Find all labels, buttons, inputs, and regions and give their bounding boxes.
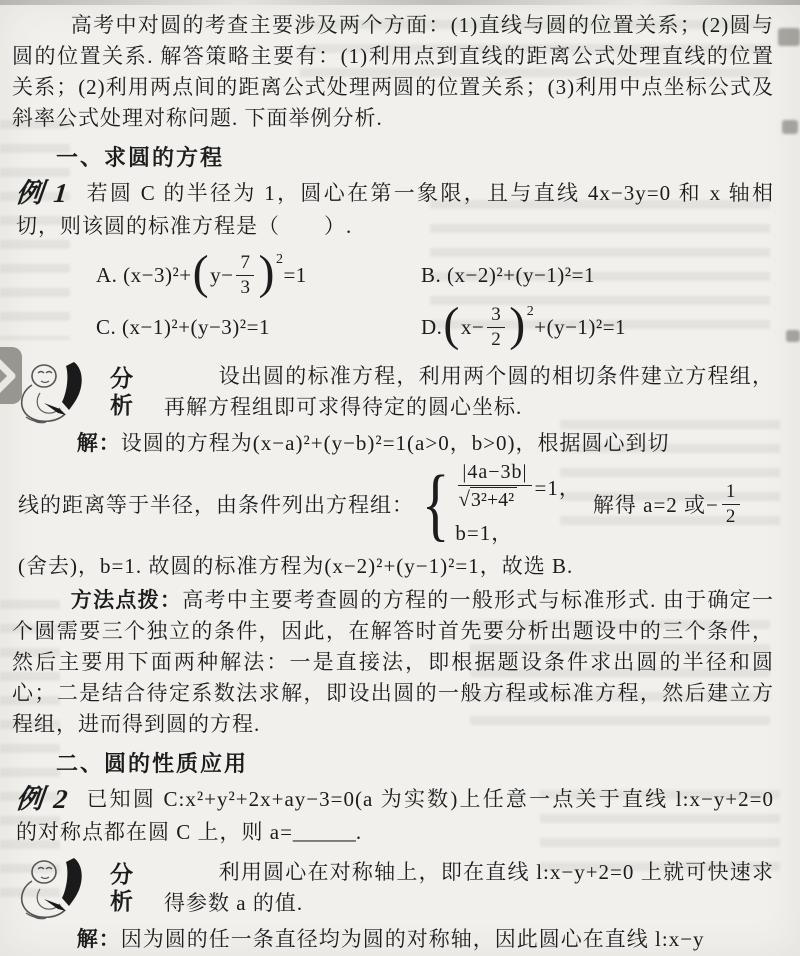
method-tip-paragraph: 方法点拨：高考中主要考查圆的方程的一般形式与标准形式. 由于确定一个圆需要三个独…: [12, 585, 774, 740]
system-result: 解得 a=2 或− 1 2: [593, 481, 744, 528]
option-d-post: +(y−1)²=1: [534, 315, 626, 340]
textbook-page: 高考中对圆的考查主要涉及两个方面：(1)直线与圆的位置关系；(2)圆与圆的位置关…: [0, 0, 800, 956]
option-a-inner: y−: [210, 263, 233, 288]
scholar-icon: [14, 359, 110, 425]
exponent: 2: [276, 252, 284, 268]
equation-1-rhs: =1，: [535, 472, 581, 502]
section2-heading: 二、圆的性质应用: [56, 747, 774, 778]
example1-question: 例 1若圆 C 的半径为 1，圆心在第一象限，且与直线 4x−3y=0 和 x …: [16, 177, 774, 243]
method-tip-label: 方法点拨：: [71, 589, 182, 612]
example2-label: 例 2: [14, 783, 71, 816]
option-a-post: =1: [283, 263, 306, 288]
intro-paragraph: 高考中对圆的考查主要涉及两个方面：(1)直线与圆的位置关系；(2)圆与圆的位置关…: [12, 10, 774, 134]
analysis-label: 分 析: [110, 365, 133, 419]
example1-label: 例 1: [14, 177, 71, 210]
analysis-label: 分 析: [110, 861, 133, 915]
right-paren: ): [258, 249, 274, 297]
analysis2-text: 利用圆心在对称轴上，即在直线 l:x−y+2=0 上就可快速求得参数 a 的值.: [164, 857, 774, 919]
solution-label: 解：: [77, 928, 121, 951]
page-edge-marker: [0, 347, 22, 404]
option-a: A. (x−3)²+ ( y− 7 3 ) 2 =1: [96, 249, 421, 301]
option-d: D. ( x− 3 2 ) 2 +(y−1)²=1: [421, 301, 774, 353]
fraction-1-2: 1 2: [722, 481, 741, 528]
solution1-equation-system: 线的距离等于半径，由条件列出方程组： { |4a−3b| √3²+4² =1， …: [18, 459, 774, 549]
analysis-header: 分 析: [14, 359, 164, 425]
section1-heading: 一、求圆的方程: [56, 141, 774, 172]
distance-fraction: |4a−3b| √3²+4²: [458, 461, 531, 512]
scholar-icon: [14, 855, 110, 921]
example2-question-text: 已知圆 C:x²+y²+2x+ay−3=0(a 为实数)上任意一点关于直线 l:…: [16, 787, 774, 844]
option-d-pre: D.: [421, 315, 442, 340]
denominator: √3²+4²: [458, 486, 531, 512]
solution1-line3: (舍去)，b=1. 故圆的标准方程为(x−2)²+(y−1)²=1，故选 B.: [18, 551, 774, 582]
equation-stack: |4a−3b| √3²+4² =1， b=1，: [455, 461, 581, 547]
analysis-header: 分 析: [14, 855, 164, 921]
analysis-block-2: 分 析 利用圆心在对称轴上，即在直线 l:x−y+2=0 上就可快速求得参数 a…: [14, 855, 774, 921]
fraction-3-2: 3 2: [487, 304, 505, 351]
left-paren: (: [193, 249, 209, 297]
left-paren: (: [443, 301, 459, 349]
solution1-line1: 解：设圆的方程为(x−a)²+(y−b)²=1(a>0，b>0)，根据圆心到切: [18, 428, 774, 459]
option-d-inner: x−: [461, 315, 484, 340]
system-lead-text: 线的距离等于半径，由条件列出方程组：: [18, 489, 414, 519]
option-c: C. (x−1)²+(y−3)²=1: [96, 301, 421, 353]
equation-1: |4a−3b| √3²+4² =1，: [455, 461, 581, 512]
solution-label: 解：: [77, 432, 121, 455]
answer-blank: ______: [293, 820, 356, 844]
example1-question-text: 若圆 C 的半径为 1，圆心在第一象限，且与直线 4x−3y=0 和 x 轴相切…: [16, 181, 774, 238]
system-brace: {: [422, 469, 450, 539]
sqrt-symbol: √: [458, 487, 470, 511]
example1-options: A. (x−3)²+ ( y− 7 3 ) 2 =1 B. (x−2)²+(y−…: [96, 249, 774, 353]
example2-question: 例 2已知圆 C:x²+y²+2x+ay−3=0(a 为实数)上任意一点关于直线…: [16, 783, 774, 849]
option-b: B. (x−2)²+(y−1)²=1: [421, 249, 774, 301]
option-a-pre: A. (x−3)²+: [96, 263, 192, 288]
analysis1-text: 设出圆的标准方程，利用两个圆的相切条件建立方程组，再解方程组即可求得待定的圆心坐…: [164, 361, 774, 423]
equation-2: b=1，: [455, 517, 581, 547]
chevron-right-icon: [0, 359, 16, 393]
right-paren: ): [509, 301, 525, 349]
solution2-line: 解：因为圆的任一条直径均为圆的对称轴，因此圆心在直线 l:x−y: [18, 924, 774, 955]
fraction-7-3: 7 3: [236, 252, 254, 299]
analysis-block-1: 分 析 设出圆的标准方程，利用两个圆的相切条件建立方程组，再解方程组即可求得待定…: [14, 359, 774, 425]
exponent: 2: [527, 304, 535, 320]
page-content: 高考中对圆的考查主要涉及两个方面：(1)直线与圆的位置关系；(2)圆与圆的位置关…: [0, 0, 800, 955]
